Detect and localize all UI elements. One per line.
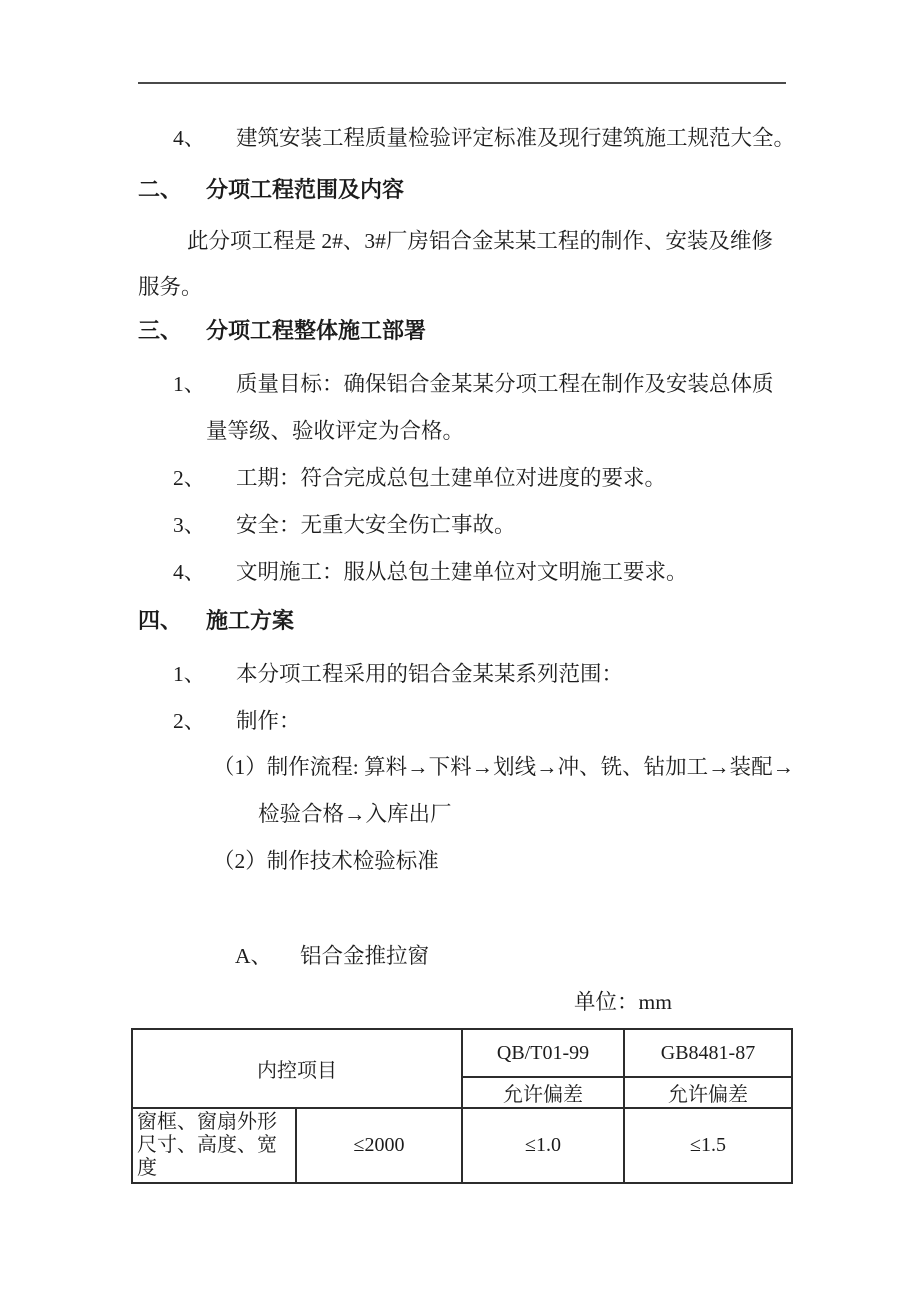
document-page: 4、建筑安装工程质量检验评定标准及现行建筑施工规范大全。 二、分项工程范围及内容… (0, 0, 920, 1302)
item-letter: A、 (235, 942, 300, 970)
list-text: 质量目标：确保铝合金某某分项工程在制作及安装总体质 (236, 372, 774, 396)
list-number: 2、 (173, 707, 236, 735)
table-cell-label: 窗框、窗扇外形尺寸、高度、宽度 (132, 1108, 296, 1183)
sub-item-2-standard: （2）制作技术检验标准 (213, 847, 439, 875)
heading-section-2: 二、分项工程范围及内容 (138, 176, 404, 204)
table-subheader-qb-deviation: 允许偏差 (462, 1077, 624, 1108)
list-item-prior-4: 4、建筑安装工程质量检验评定标准及现行建筑施工规范大全。 (173, 124, 795, 152)
item-text: 铝合金推拉窗 (300, 944, 429, 968)
table-subheader-gb-deviation: 允许偏差 (624, 1077, 792, 1108)
heading-text: 分项工程整体施工部署 (206, 318, 426, 343)
list-item-3-3: 3、安全：无重大安全伤亡事故。 (173, 511, 516, 539)
list-text: 文明施工：服从总包土建单位对文明施工要求。 (236, 560, 688, 584)
table-cell-qb-value: ≤1.0 (462, 1108, 624, 1183)
table-cell-gb-value: ≤1.5 (624, 1108, 792, 1183)
list-item-3-1: 1、质量目标：确保铝合金某某分项工程在制作及安装总体质 (173, 370, 774, 398)
list-item-3-4: 4、文明施工：服从总包土建单位对文明施工要求。 (173, 558, 688, 586)
page-header-rule (138, 82, 786, 84)
list-number: 1、 (173, 660, 236, 688)
table-header-qb: QB/T01-99 (462, 1029, 624, 1077)
heading-section-3: 三、分项工程整体施工部署 (138, 317, 426, 345)
paragraph-2-line-2: 服务。 (138, 273, 203, 301)
list-item-3-2: 2、工期：符合完成总包土建单位对进度的要求。 (173, 464, 666, 492)
list-item-3-1-continuation: 量等级、验收评定为合格。 (206, 417, 464, 445)
list-text: 制作： (236, 709, 301, 733)
list-item-4-2: 2、制作： (173, 707, 301, 735)
list-text: 建筑安装工程质量检验评定标准及现行建筑施工规范大全。 (236, 126, 795, 150)
sub-item-1-continuation: 检验合格→入库出厂 (258, 800, 452, 828)
heading-number: 四、 (138, 607, 206, 635)
heading-section-4: 四、施工方案 (138, 607, 294, 635)
sub-item-1-process: （1）制作流程: 算料→下料→划线→冲、铣、钻加工→装配→ (213, 753, 794, 781)
table-header-project: 内控项目 (132, 1029, 462, 1108)
heading-text: 施工方案 (206, 608, 294, 633)
table-header-row: 内控项目 QB/T01-99 GB8481-87 (132, 1029, 792, 1077)
table-row: 窗框、窗扇外形尺寸、高度、宽度 ≤2000 ≤1.0 ≤1.5 (132, 1108, 792, 1183)
list-item-4-1: 1、本分项工程采用的铝合金某某系列范围： (173, 660, 623, 688)
item-a-sliding-window: A、铝合金推拉窗 (235, 942, 429, 970)
heading-number: 三、 (138, 317, 206, 345)
heading-number: 二、 (138, 176, 206, 204)
unit-label: 单位：mm (574, 988, 672, 1016)
list-number: 2、 (173, 464, 236, 492)
list-text: 工期：符合完成总包土建单位对进度的要求。 (236, 466, 666, 490)
list-text: 安全：无重大安全伤亡事故。 (236, 513, 516, 537)
heading-text: 分项工程范围及内容 (206, 177, 404, 202)
list-number: 1、 (173, 370, 236, 398)
table-cell-size: ≤2000 (296, 1108, 462, 1183)
list-number: 3、 (173, 511, 236, 539)
list-text: 本分项工程采用的铝合金某某系列范围： (236, 662, 623, 686)
list-number: 4、 (173, 558, 236, 586)
paragraph-2-line-1: 此分项工程是 2#、3#厂房铝合金某某工程的制作、安装及维修 (187, 227, 773, 255)
tolerance-spec-table: 内控项目 QB/T01-99 GB8481-87 允许偏差 允许偏差 窗框、窗扇… (131, 1028, 793, 1184)
table-header-gb: GB8481-87 (624, 1029, 792, 1077)
list-number: 4、 (173, 124, 236, 152)
